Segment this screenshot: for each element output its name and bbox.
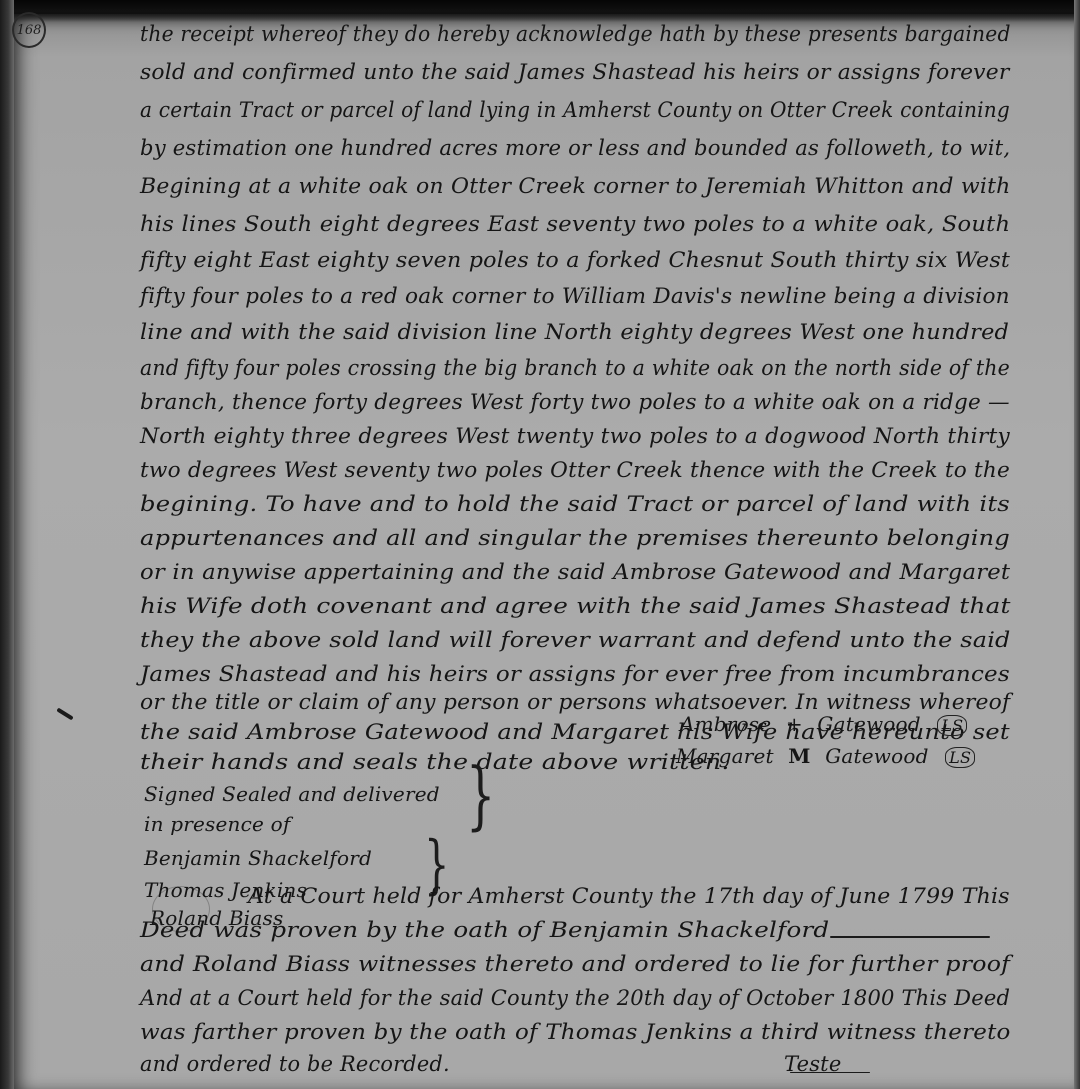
deed-line-4: by estimation one hundred acres more or … [140,136,1010,160]
deed-line-5: Begining at a white oak on Otter Creek c… [140,174,1010,198]
signer-mark: + [786,712,803,736]
attestation-brace: } [466,752,495,838]
deed-line-13: two degrees West seventy two poles Otter… [140,458,1010,482]
court-line-1: At a Court held for Amherst County the 1… [248,884,1010,908]
left-binding-edge [0,0,14,1089]
deed-line-22: their hands and seals the date above wri… [140,750,730,774]
court-line-4: And at a Court held for the said County … [140,986,1010,1010]
deed-line-18: they the above sold land will forever wa… [140,628,1011,652]
deed-line-10: and fifty four poles crossing the big br… [140,356,1010,380]
witness-1: Benjamin Shackelford [144,846,372,870]
teste-underline [790,1072,870,1073]
court-line-5: was farther proven by the oath of Thomas… [140,1020,1011,1044]
page-number: 168 [12,12,46,48]
deed-line-16: or in anywise appertaining and the said … [140,560,1010,584]
deed-line-2: sold and confirmed unto the said James S… [140,60,1009,84]
deed-line-12: North eighty three degrees West twenty t… [140,424,1010,448]
deed-line-20: or the title or claim of any person or p… [140,690,1010,714]
deed-line-19: James Shastead and his heirs or assigns … [140,662,1010,686]
deed-line-15: appurtenances and all and singular the p… [140,526,1010,550]
deed-line-14: begining. To have and to hold the said T… [140,492,1010,516]
deed-line-11: branch, thence forty degrees West forty … [140,390,1010,414]
signer-first-name: Ambrose [680,712,771,736]
signer-mark: M [788,744,810,768]
court-line-2: Deed was proven by the oath of Benjamin … [140,918,829,942]
deed-line-8: fifty four poles to a red oak corner to … [140,284,1010,308]
signature-margaret: Margaret M Gatewood LS [676,744,975,768]
deed-line-3: a certain Tract or parcel of land lying … [140,98,1010,122]
court-line-3: and Roland Biass witnesses thereto and o… [140,952,1010,976]
signature-ambrose: Ambrose + Gatewood LS [680,712,967,736]
deed-line-17: his Wife doth covenant and agree with th… [140,594,1011,618]
deed-line-9: line and with the said division line Nor… [140,320,1009,344]
seal-ls: LS [945,747,975,768]
deed-line-7: fifty eight East eighty seven poles to a… [140,248,1010,272]
signer-last-name: Gatewood [825,744,928,768]
attestation-signed-sealed: Signed Sealed and delivered [144,782,440,806]
right-page-edge [1074,0,1080,1089]
deed-line-1: the receipt whereof they do hereby ackno… [140,22,1011,46]
signer-first-name: Margaret [676,744,774,768]
signer-last-name: Gatewood [817,712,920,736]
court-line-6: and ordered to be Recorded. [140,1052,450,1076]
seal-ls: LS [937,715,967,736]
top-binding-shadow [0,0,1080,22]
line-fill-flourish [830,936,990,938]
deed-line-6: his lines South eight degrees East seven… [140,212,1010,236]
attestation-in-presence: in presence of [144,812,290,836]
